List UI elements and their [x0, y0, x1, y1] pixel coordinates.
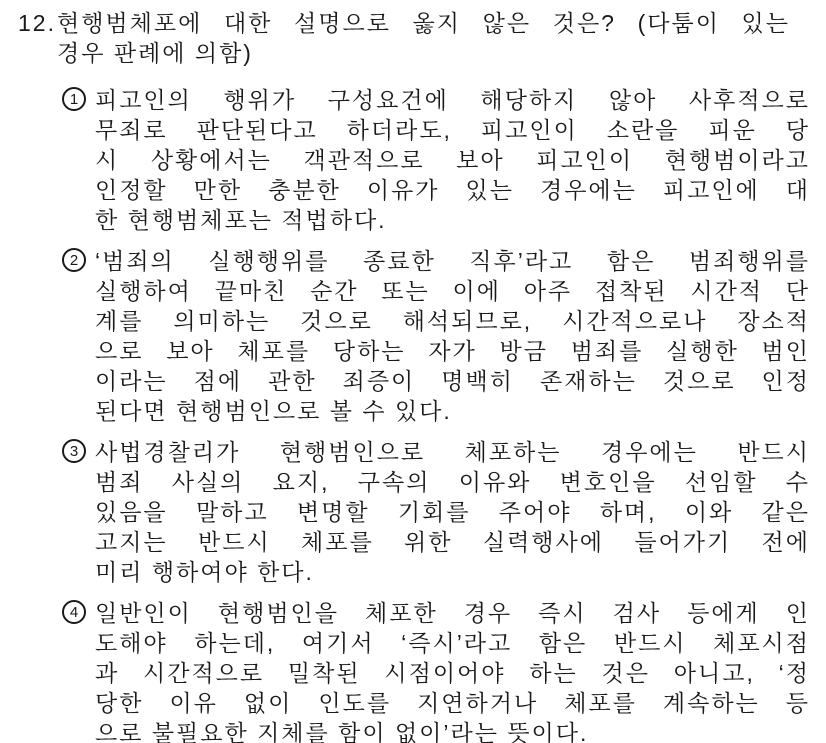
choice-4-text: 일반인이 현행범인을 체포한 경우 즉시 검사 등에게 인도해야 하는데, 여기… [95, 598, 810, 743]
choice-item-1: 1 피고인의 행위가 구성요건에 해당하지 않아 사후적으로무죄로 판단된다고 … [62, 85, 810, 235]
text-line: 된다면 현행범인으로 볼 수 있다. [95, 396, 810, 426]
choice-3-text: 사법경찰리가 현행범인으로 체포하는 경우에는 반드시범죄 사실의 요지, 구속… [95, 437, 810, 587]
text-line: 범죄 사실의 요지, 구속의 이유와 변호인을 선임할 수 [95, 467, 810, 497]
choice-item-3: 3 사법경찰리가 현행범인으로 체포하는 경우에는 반드시범죄 사실의 요지, … [62, 437, 810, 587]
choices-list: 1 피고인의 행위가 구성요건에 해당하지 않아 사후적으로무죄로 판단된다고 … [0, 85, 826, 743]
choice-1-text: 피고인의 행위가 구성요건에 해당하지 않아 사후적으로무죄로 판단된다고 하더… [95, 85, 810, 235]
choice-item-4: 4 일반인이 현행범인을 체포한 경우 즉시 검사 등에게 인도해야 하는데, … [62, 598, 810, 743]
circled-digit-3-icon: 3 [62, 439, 86, 463]
text-line: 경우 판례에 의함) [57, 38, 790, 68]
text-line: 이라는 점에 관한 죄증이 명백히 존재하는 것으로 인정 [95, 366, 810, 396]
question-number: 12. [18, 8, 57, 68]
text-line: 현행범체포에 대한 설명으로 옳지 않은 것은? (다툼이 있는 [57, 8, 790, 38]
text-line: 한 현행범체포는 적법하다. [95, 205, 810, 235]
choice-2-text: ‘범죄의 실행행위를 종료한 직후’라고 함은 범죄행위를실행하여 끝마친 순간… [95, 246, 810, 426]
text-line: 도해야 하는데, 여기서 ‘즉시’라고 함은 반드시 체포시점 [95, 628, 810, 658]
choice-1-marker: 1 [62, 85, 95, 235]
text-line: 사법경찰리가 현행범인으로 체포하는 경우에는 반드시 [95, 437, 810, 467]
text-line: 피고인의 행위가 구성요건에 해당하지 않아 사후적으로 [95, 85, 810, 115]
text-line: 과 시간적으로 밀착된 시점이어야 하는 것은 아니고, ‘정 [95, 658, 810, 688]
text-line: 계를 의미하는 것으로 해석되므로, 시간적으로나 장소적 [95, 306, 810, 336]
text-line: 무죄로 판단된다고 하더라도, 피고인이 소란을 피운 당 [95, 115, 810, 145]
choice-2-marker: 2 [62, 246, 95, 426]
question-text: 현행범체포에 대한 설명으로 옳지 않은 것은? (다툼이 있는경우 판례에 의… [57, 8, 790, 68]
document-page: 12. 현행범체포에 대한 설명으로 옳지 않은 것은? (다툼이 있는경우 판… [0, 8, 826, 743]
text-line: 당한 이유 없이 인도를 지연하거나 체포를 계속하는 등 [95, 688, 810, 718]
text-line: 일반인이 현행범인을 체포한 경우 즉시 검사 등에게 인 [95, 598, 810, 628]
text-line: ‘범죄의 실행행위를 종료한 직후’라고 함은 범죄행위를 [95, 246, 810, 276]
choice-3-marker: 3 [62, 437, 95, 587]
circled-digit-4-icon: 4 [62, 600, 86, 624]
text-line: 으로 보아 체포를 당하는 자가 방금 범죄를 실행한 범인 [95, 336, 810, 366]
text-line: 으로 불필요한 지체를 함이 없이’라는 뜻이다. [95, 718, 810, 743]
text-line: 미리 행하여야 한다. [95, 557, 810, 587]
circled-digit-1-icon: 1 [62, 87, 86, 111]
text-line: 시 상황에서는 객관적으로 보아 피고인이 현행범이라고 [95, 145, 810, 175]
circled-digit-2-icon: 2 [62, 248, 86, 272]
question-block: 12. 현행범체포에 대한 설명으로 옳지 않은 것은? (다툼이 있는경우 판… [18, 8, 790, 68]
text-line: 고지는 반드시 체포를 위한 실력행사에 들어가기 전에 [95, 527, 810, 557]
text-line: 실행하여 끝마친 순간 또는 이에 아주 접착된 시간적 단 [95, 276, 810, 306]
choice-item-2: 2 ‘범죄의 실행행위를 종료한 직후’라고 함은 범죄행위를실행하여 끝마친 … [62, 246, 810, 426]
text-line: 있음을 말하고 변명할 기회를 주어야 하며, 이와 같은 [95, 497, 810, 527]
text-line: 인정할 만한 충분한 이유가 있는 경우에는 피고인에 대 [95, 175, 810, 205]
choice-4-marker: 4 [62, 598, 95, 743]
